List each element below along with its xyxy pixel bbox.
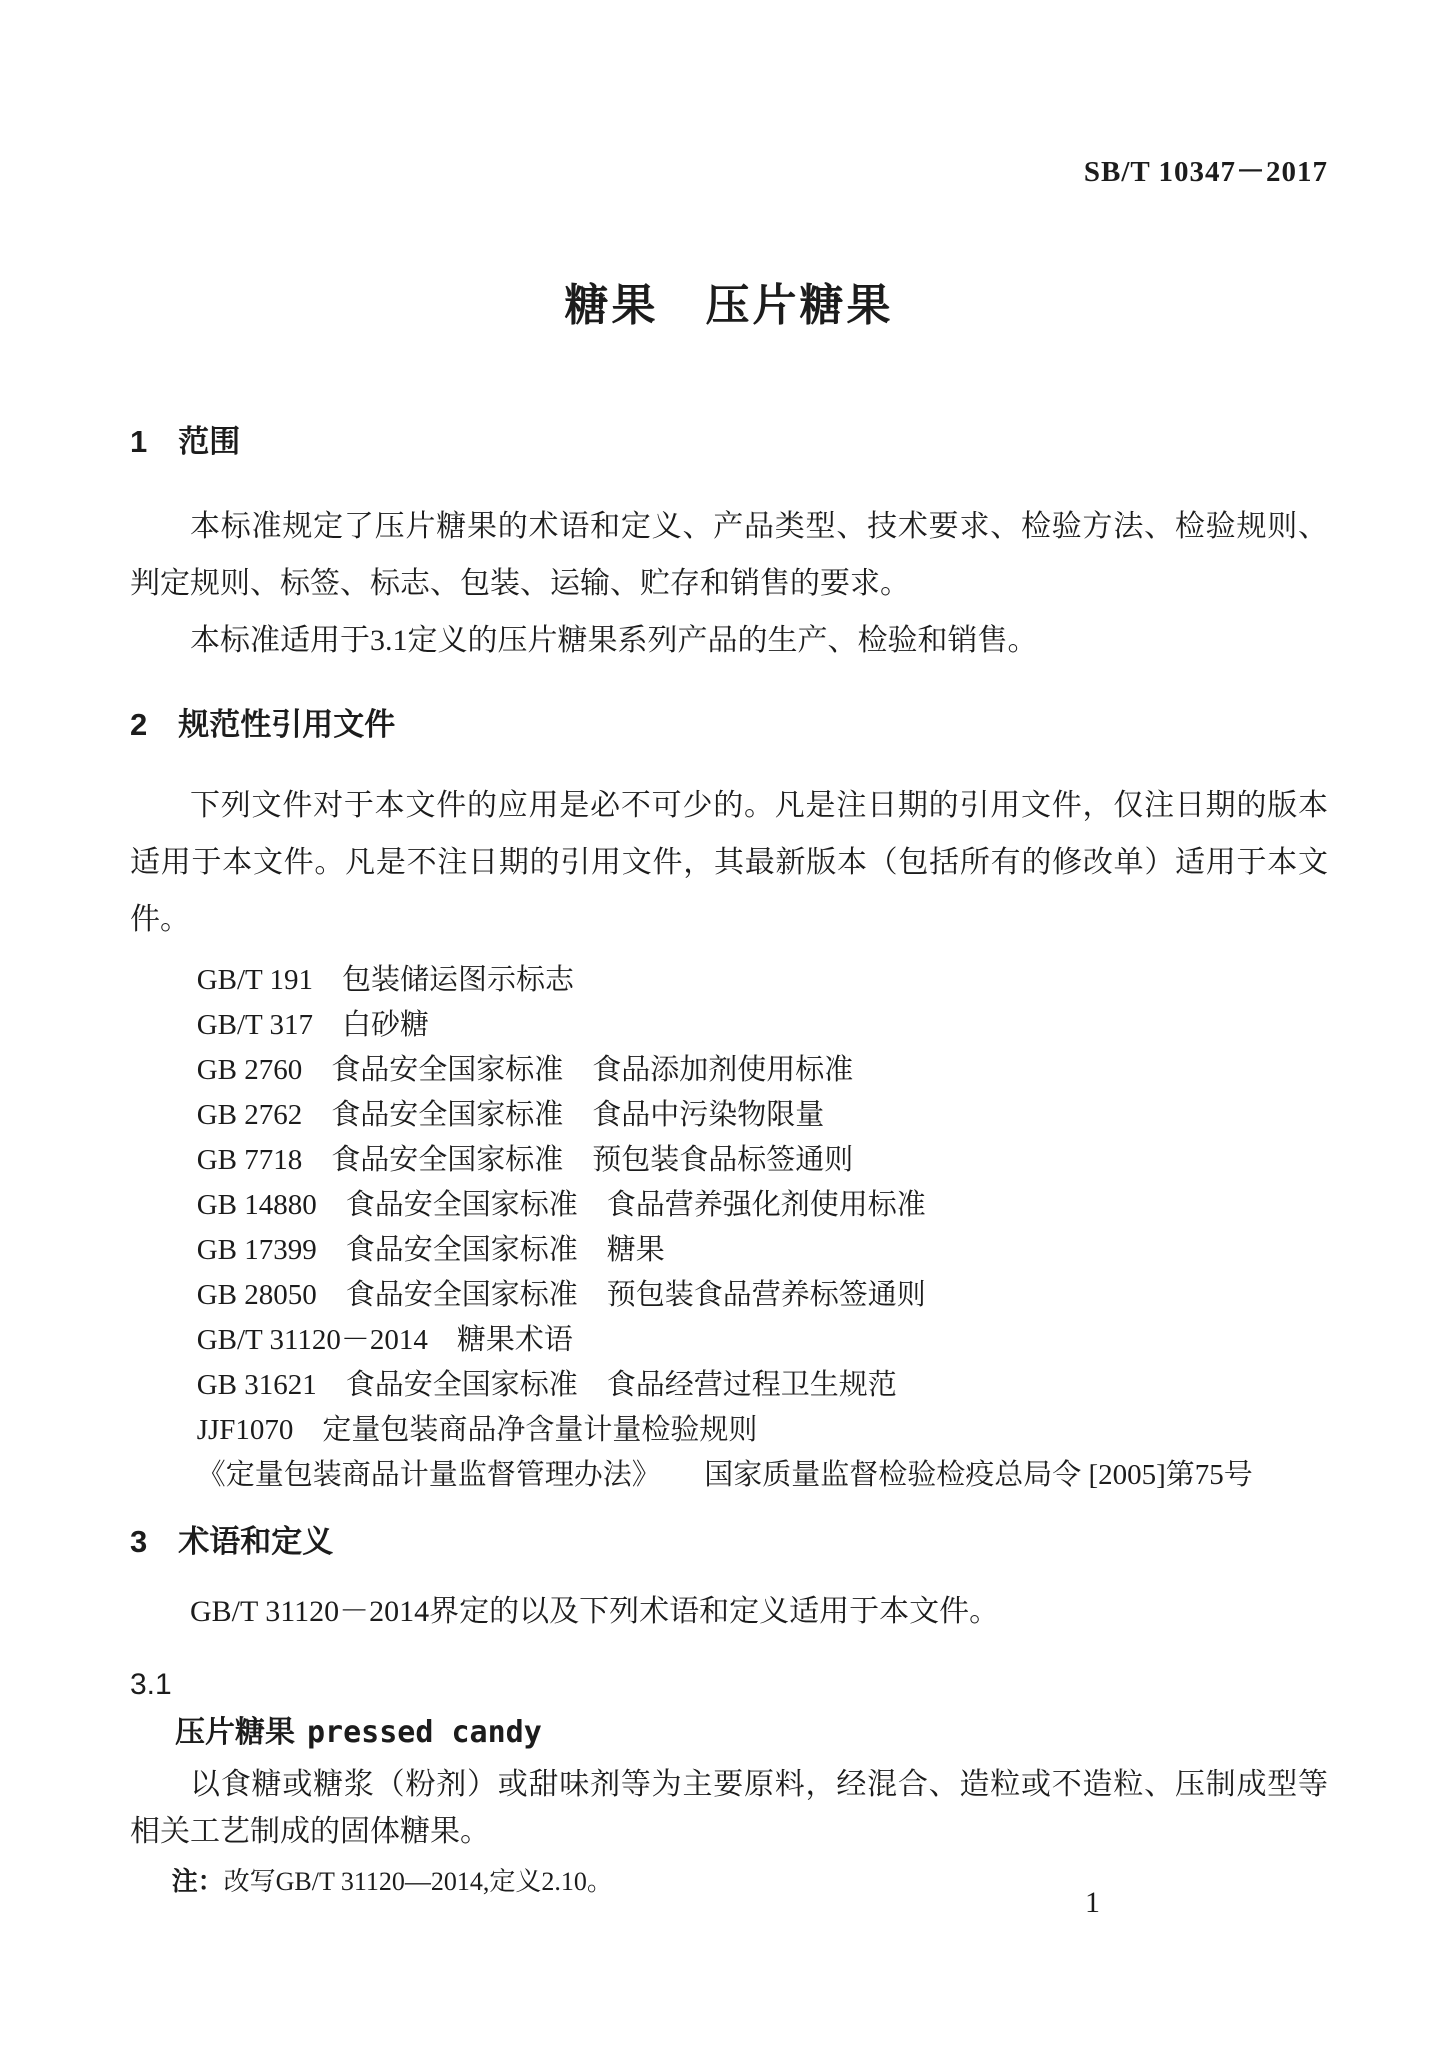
standard-code: SB/T 10347－2017 — [130, 156, 1328, 188]
reference-item: GB 31621 食品安全国家标准 食品经营过程卫生规范 — [130, 1363, 1328, 1408]
reference-item: GB 28050 食品安全国家标准 预包装食品营养标签通则 — [130, 1273, 1328, 1318]
reference-item: GB 17399 食品安全国家标准 糖果 — [130, 1228, 1328, 1273]
reference-item: GB/T 31120－2014 糖果术语 — [130, 1318, 1328, 1363]
term-definition: 以食糖或糖浆（粉剂）或甜味剂等为主要原料，经混合、造粒或不造粒、压制成型等相关工… — [130, 1761, 1328, 1855]
reference-list: GB/T 191 包装储运图示标志 GB/T 317 白砂糖 GB 2760 食… — [130, 958, 1328, 1498]
document-title: 糖果 压片糖果 — [130, 280, 1328, 332]
reference-item: GB 7718 食品安全国家标准 预包装食品标签通则 — [130, 1138, 1328, 1183]
scope-paragraph-2: 本标准适用于3.1定义的压片糖果系列产品的生产、检验和销售。 — [130, 612, 1328, 669]
terms-intro-paragraph: GB/T 31120－2014界定的以及下列术语和定义适用于本文件。 — [130, 1588, 1328, 1635]
section-heading-terms: 3 术语和定义 — [130, 1522, 1328, 1562]
document-page: SB/T 10347－2017 糖果 压片糖果 1 范围 本标准规定了压片糖果的… — [0, 0, 1448, 2048]
section-heading-scope: 1 范围 — [130, 422, 1328, 462]
term-note: 注：改写GB/T 31120—2014,定义2.10。 — [130, 1863, 1328, 1900]
term-number: 3.1 — [130, 1665, 1328, 1705]
term-entry: 压片糖果pressed candy — [130, 1713, 1328, 1753]
reference-item: JJF1070 定量包装商品净含量计量检验规则 — [130, 1408, 1328, 1453]
references-intro-paragraph: 下列文件对于本文件的应用是必不可少的。凡是注日期的引用文件，仅注日期的版本适用于… — [130, 777, 1328, 948]
reference-item: GB/T 317 白砂糖 — [130, 1003, 1328, 1048]
reference-item: 《定量包装商品计量监督管理办法》 国家质量监督检验检疫总局令 [2005]第75… — [130, 1453, 1328, 1498]
reference-item: GB 2760 食品安全国家标准 食品添加剂使用标准 — [130, 1048, 1328, 1093]
term-name-chinese: 压片糖果 — [175, 1716, 295, 1749]
reference-item: GB/T 191 包装储运图示标志 — [130, 958, 1328, 1003]
note-label: 注： — [172, 1866, 224, 1896]
page-number: 1 — [1085, 1886, 1100, 1920]
reference-item: GB 2762 食品安全国家标准 食品中污染物限量 — [130, 1093, 1328, 1138]
section-heading-normative-references: 2 规范性引用文件 — [130, 705, 1328, 745]
note-text: 改写GB/T 31120—2014,定义2.10。 — [224, 1867, 613, 1896]
page-content: SB/T 10347－2017 糖果 压片糖果 1 范围 本标准规定了压片糖果的… — [130, 0, 1328, 1900]
reference-item: GB 14880 食品安全国家标准 食品营养强化剂使用标准 — [130, 1183, 1328, 1228]
scope-paragraph-1: 本标准规定了压片糖果的术语和定义、产品类型、技术要求、检验方法、检验规则、判定规… — [130, 498, 1328, 612]
term-name-english: pressed candy — [307, 1715, 542, 1750]
